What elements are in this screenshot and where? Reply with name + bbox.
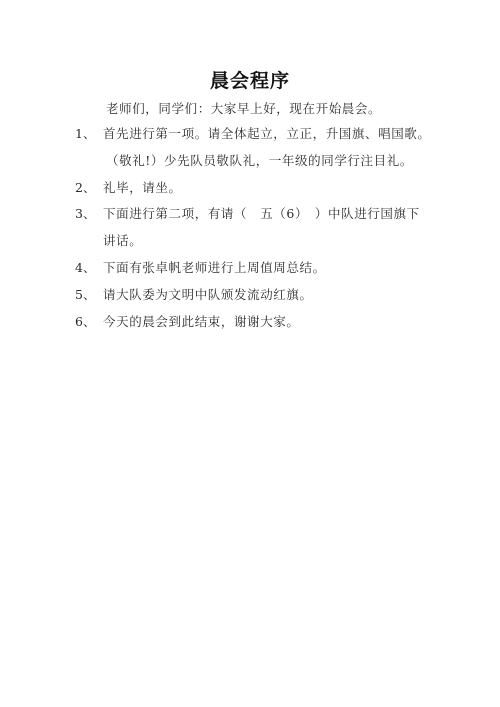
item-text: 下面有张卓帆老师进行上周值周总结。 [103, 260, 326, 276]
document-title: 晨会程序 [0, 66, 500, 93]
item-number: 3、 [75, 206, 95, 222]
item-text: 首先进行第一项。请全体起立，立正，升国旗、唱国歌。 [103, 126, 431, 142]
item-number: 2、 [75, 180, 95, 196]
item-text: 下面进行第二项，有请（ 五（6） ）中队进行国旗下 [103, 206, 420, 222]
item-text-continuation: （敬礼!）少先队员敬队礼，一年级的同学行注目礼。 [106, 153, 413, 169]
document-page: 晨会程序 老师们，同学们：大家早上好，现在开始晨会。 1、 首先进行第一项。请全… [0, 0, 500, 707]
item-number: 4、 [75, 260, 95, 276]
item-text: 今天的晨会到此结束，谢谢大家。 [103, 314, 300, 330]
item-number: 6、 [75, 314, 95, 330]
intro-text: 老师们，同学们：大家早上好，现在开始晨会。 [106, 101, 381, 117]
item-text: 请大队委为文明中队颁发流动红旗。 [103, 287, 313, 303]
item-text-continuation: 讲话。 [103, 233, 142, 249]
item-text: 礼毕，请坐。 [103, 180, 182, 196]
item-number: 5、 [75, 287, 95, 303]
item-number: 1、 [75, 126, 95, 142]
